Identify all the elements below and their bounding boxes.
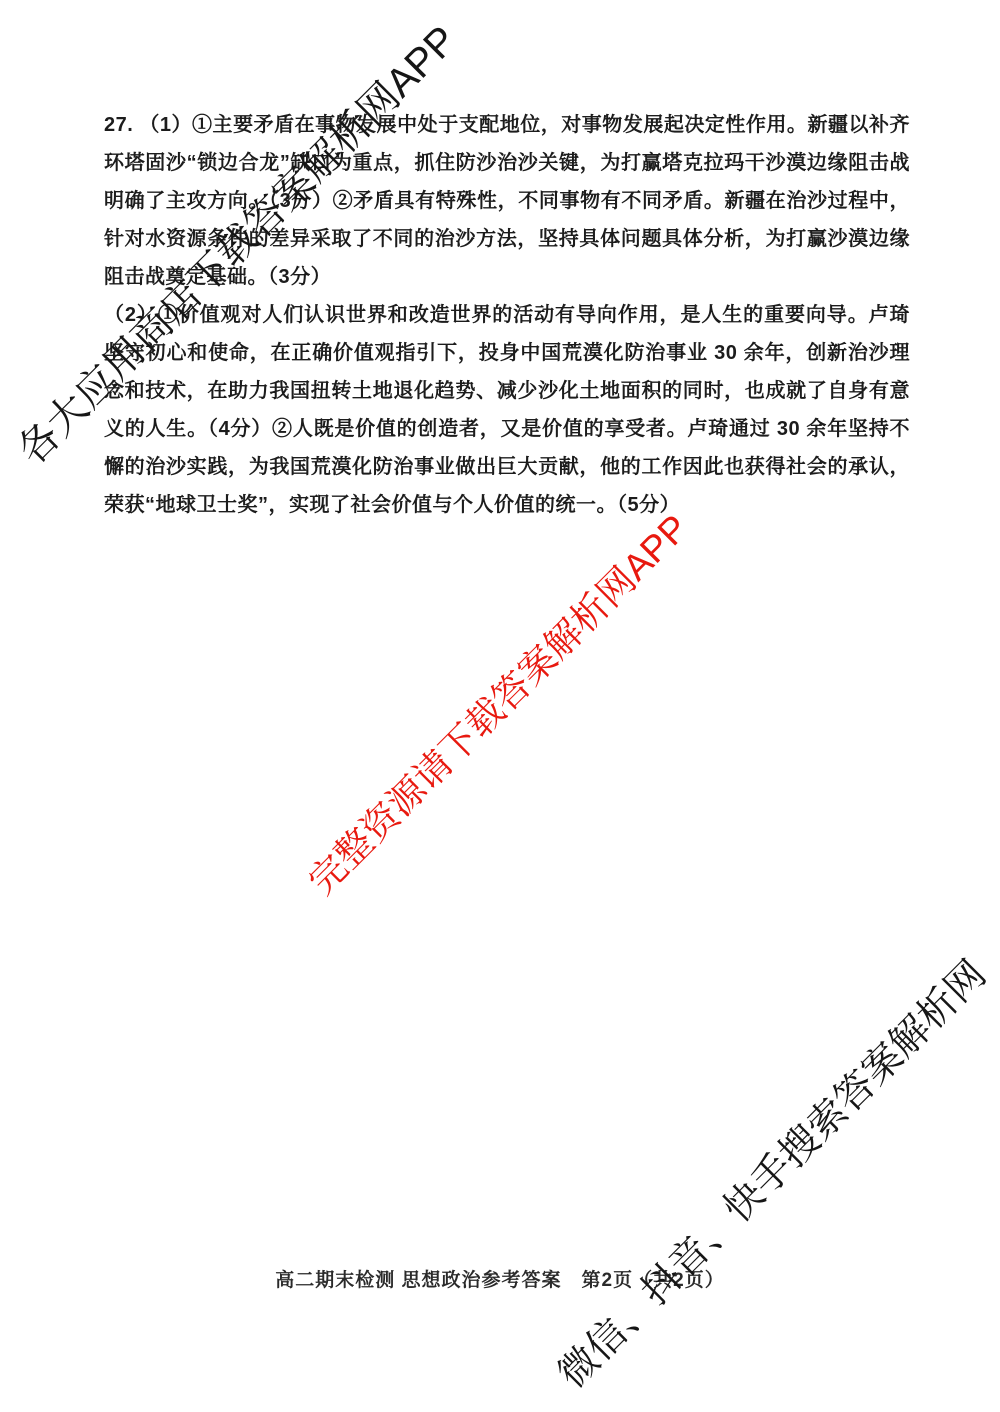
answer-paragraph-q27-2: （2）①价值观对人们认识世界和改造世界的活动有导向作用，是人生的重要向导。卢琦坚… (104, 296, 910, 524)
answer-paragraph-q27-1: 27. （1）①主要矛盾在事物发展中处于支配地位，对事物发展起决定性作用。新疆以… (104, 106, 910, 296)
watermark-center-red: 完整资源请下载答案解析网APP (294, 500, 698, 904)
page-footer: 高二期末检测 思想政治参考答案 第2页（共2页） (0, 1265, 1000, 1292)
answer-text-block: 27. （1）①主要矛盾在事物发展中处于支配地位，对事物发展起决定性作用。新疆以… (104, 106, 910, 524)
watermark-bottom-right: 微信、抖音、快手搜索答案解析网 (543, 945, 996, 1398)
exam-answer-page: 27. （1）①主要矛盾在事物发展中处于支配地位，对事物发展起决定性作用。新疆以… (0, 0, 1000, 1412)
